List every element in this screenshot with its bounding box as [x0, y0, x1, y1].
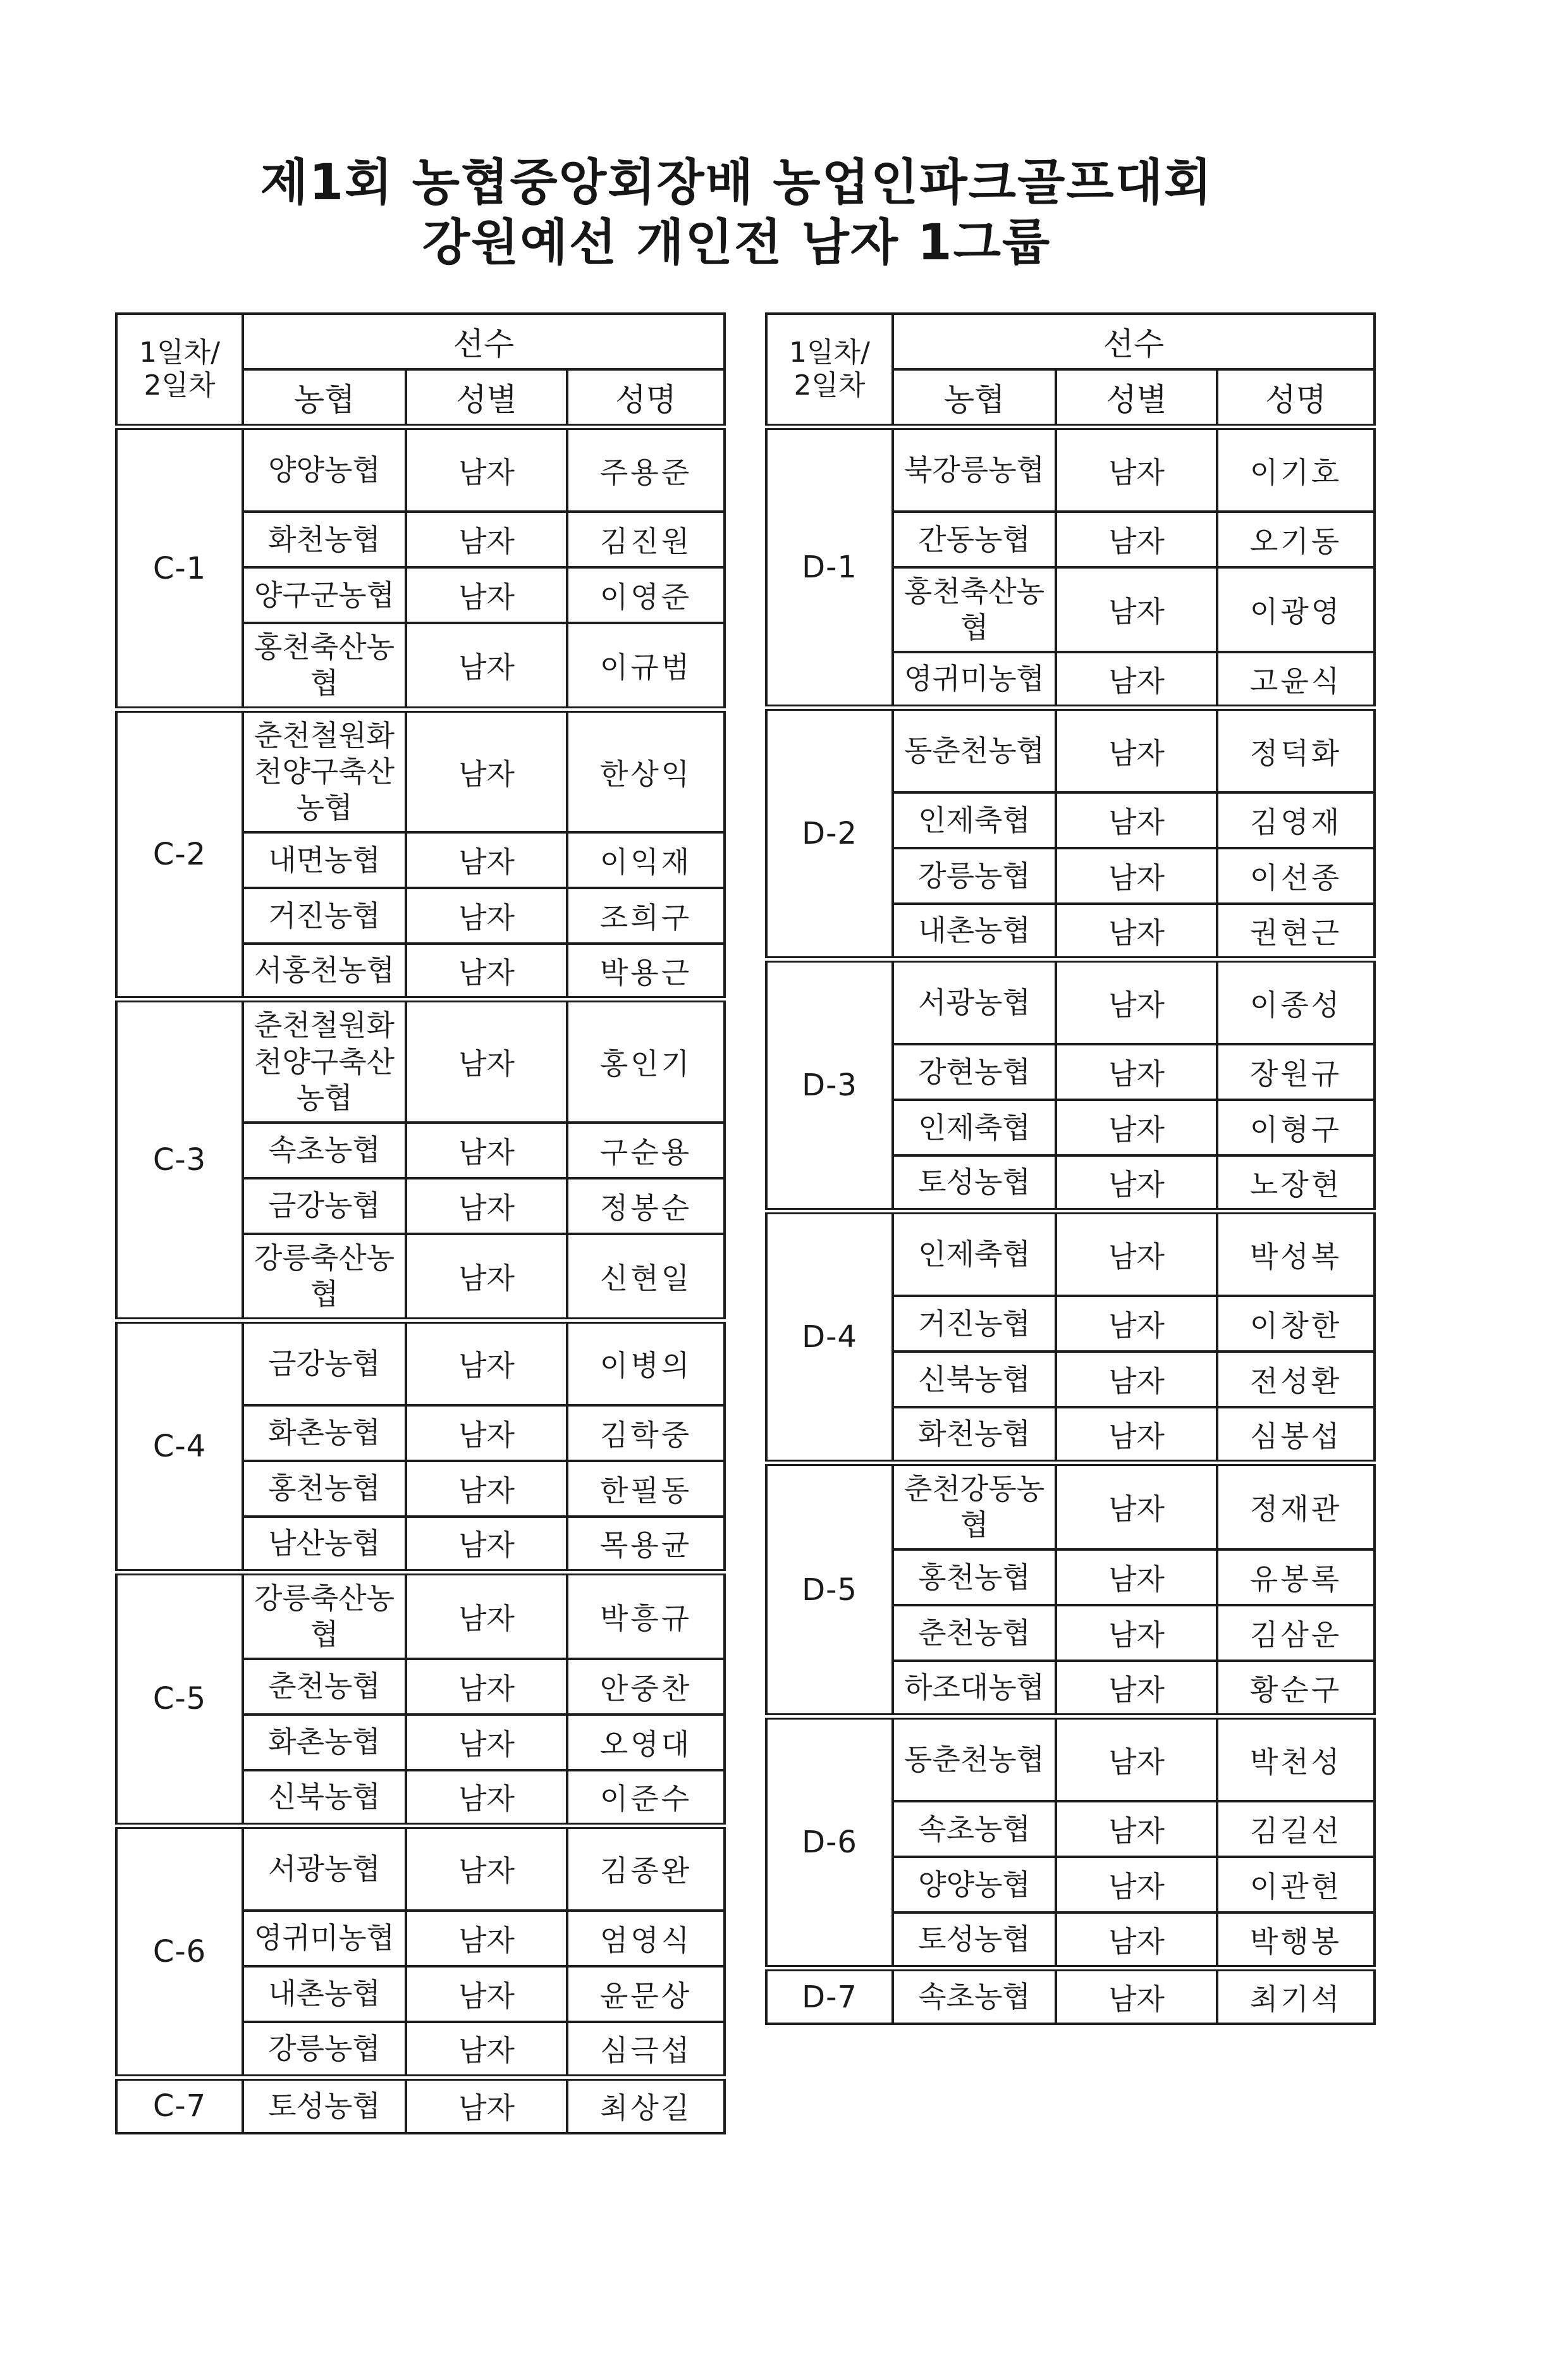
header-name-cell: 성명: [1217, 369, 1375, 427]
name-cell: 이규범: [567, 623, 725, 710]
name-cell: 한필동: [567, 1461, 725, 1517]
gender-cell: 남자: [406, 1715, 567, 1770]
gender-cell: 남자: [1056, 1044, 1217, 1100]
table-row: D-4인제축협남자박성복: [766, 1211, 1375, 1296]
header-day-cell: 1일차/ 2일차: [116, 314, 243, 427]
name-cell: 이선종: [1217, 848, 1375, 904]
table-row: C-4금강농협남자이병의: [116, 1321, 725, 1405]
coop-cell: 화천농협: [893, 1407, 1056, 1463]
name-cell: 엄영식: [567, 1911, 725, 1966]
gender-cell: 남자: [406, 1572, 567, 1659]
coop-cell: 강릉농협: [243, 2022, 406, 2078]
table-row: C-1양양농협남자주용준: [116, 427, 725, 512]
name-cell: 김학중: [567, 1405, 725, 1461]
name-cell: 안중찬: [567, 1659, 725, 1715]
header-gender-cell: 성별: [1056, 369, 1217, 427]
coop-cell: 거진농협: [243, 888, 406, 944]
header-coop-cell: 농협: [893, 369, 1056, 427]
table-row: C-6서광농협남자김종완: [116, 1826, 725, 1911]
gender-cell: 남자: [1056, 1155, 1217, 1211]
gender-cell: 남자: [1056, 848, 1217, 904]
name-cell: 오기동: [1217, 512, 1375, 567]
name-cell: 김길선: [1217, 1801, 1375, 1857]
table-row: D-2동춘천농협남자정덕화: [766, 708, 1375, 792]
name-cell: 이종성: [1217, 959, 1375, 1044]
name-cell: 목용균: [567, 1517, 725, 1572]
coop-cell: 춘천철원화천양구축산농협: [243, 999, 406, 1122]
roster-table-d: 1일차/ 2일차 선수 농협 성별 성명 D-1북강릉농협남자이기호간동농협남자…: [765, 312, 1376, 2025]
name-cell: 정봉순: [567, 1178, 725, 1234]
coop-cell: 토성농협: [893, 1912, 1056, 1968]
gender-cell: 남자: [406, 427, 567, 512]
gender-cell: 남자: [406, 710, 567, 832]
table-row: D-3서광농협남자이종성: [766, 959, 1375, 1044]
table-row: D-7속초농협남자최기석: [766, 1968, 1375, 2024]
roster-table-c-body: C-1양양농협남자주용준화천농협남자김진원양구군농협남자이영준홍천축산농협남자이…: [116, 427, 725, 2133]
group-label-cell: D-2: [766, 708, 893, 959]
name-cell: 최상길: [567, 2078, 725, 2133]
group-label-cell: C-3: [116, 999, 243, 1320]
name-cell: 박성복: [1217, 1211, 1375, 1296]
name-cell: 심극섭: [567, 2022, 725, 2078]
header-player-cell: 선수: [243, 314, 725, 369]
name-cell: 홍인기: [567, 999, 725, 1122]
name-cell: 박용근: [567, 944, 725, 999]
name-cell: 윤문상: [567, 1966, 725, 2022]
coop-cell: 금강농협: [243, 1178, 406, 1234]
coop-cell: 홍천축산농협: [243, 623, 406, 710]
gender-cell: 남자: [406, 1405, 567, 1461]
coop-cell: 홍천농협: [893, 1549, 1056, 1605]
name-cell: 구순용: [567, 1123, 725, 1178]
coop-cell: 홍천축산농협: [893, 567, 1056, 652]
gender-cell: 남자: [406, 1461, 567, 1517]
coop-cell: 토성농협: [893, 1155, 1056, 1211]
coop-cell: 신북농협: [243, 1770, 406, 1826]
gender-cell: 남자: [1056, 1968, 1217, 2024]
header-name-cell: 성명: [567, 369, 725, 427]
coop-cell: 화천농협: [243, 512, 406, 567]
table-row: C-2춘천철원화천양구축산농협남자한상익: [116, 710, 725, 832]
gender-cell: 남자: [1056, 1463, 1217, 1549]
header-day-line-1: 1일차/: [789, 336, 870, 369]
name-cell: 고윤식: [1217, 652, 1375, 708]
gender-cell: 남자: [1056, 1407, 1217, 1463]
roster-table-d-body: D-1북강릉농협남자이기호간동농협남자오기동홍천축산농협남자이광영영귀미농협남자…: [766, 427, 1375, 2024]
coop-cell: 춘천철원화천양구축산농협: [243, 710, 406, 832]
coop-cell: 춘천강동농협: [893, 1463, 1056, 1549]
coop-cell: 강현농협: [893, 1044, 1056, 1100]
gender-cell: 남자: [1056, 1549, 1217, 1605]
coop-cell: 내면농협: [243, 832, 406, 888]
roster-table-c: 1일차/ 2일차 선수 농협 성별 성명 C-1양양농협남자주용준화천농협남자김…: [115, 312, 726, 2134]
coop-cell: 간동농협: [893, 512, 1056, 567]
name-cell: 이준수: [567, 1770, 725, 1826]
gender-cell: 남자: [1056, 1661, 1217, 1716]
coop-cell: 영귀미농협: [893, 652, 1056, 708]
name-cell: 장원규: [1217, 1044, 1375, 1100]
group-label-cell: C-7: [116, 2078, 243, 2133]
name-cell: 황순구: [1217, 1661, 1375, 1716]
gender-cell: 남자: [1056, 904, 1217, 959]
name-cell: 박행봉: [1217, 1912, 1375, 1968]
gender-cell: 남자: [1056, 1801, 1217, 1857]
table-row: C-5강릉축산농협남자박흥규: [116, 1572, 725, 1659]
coop-cell: 양양농협: [893, 1857, 1056, 1912]
name-cell: 이관현: [1217, 1857, 1375, 1912]
coop-cell: 서광농협: [893, 959, 1056, 1044]
coop-cell: 남산농협: [243, 1517, 406, 1572]
coop-cell: 홍천농협: [243, 1461, 406, 1517]
name-cell: 노장현: [1217, 1155, 1375, 1211]
gender-cell: 남자: [406, 1517, 567, 1572]
gender-cell: 남자: [1056, 1716, 1217, 1801]
coop-cell: 동춘천농협: [893, 1716, 1056, 1801]
gender-cell: 남자: [406, 2078, 567, 2133]
coop-cell: 하조대농협: [893, 1661, 1056, 1716]
gender-cell: 남자: [1056, 1912, 1217, 1968]
name-cell: 김삼운: [1217, 1605, 1375, 1661]
group-label-cell: C-4: [116, 1321, 243, 1572]
name-cell: 한상익: [567, 710, 725, 832]
group-label-cell: C-2: [116, 710, 243, 999]
header-player-cell: 선수: [893, 314, 1375, 369]
gender-cell: 남자: [406, 1234, 567, 1321]
coop-cell: 동춘천농협: [893, 708, 1056, 792]
table-row: C-3춘천철원화천양구축산농협남자홍인기: [116, 999, 725, 1122]
coop-cell: 춘천농협: [893, 1605, 1056, 1661]
gender-cell: 남자: [1056, 1605, 1217, 1661]
header-day-cell: 1일차/ 2일차: [766, 314, 893, 427]
name-cell: 권현근: [1217, 904, 1375, 959]
coop-cell: 서홍천농협: [243, 944, 406, 999]
gender-cell: 남자: [1056, 1100, 1217, 1155]
name-cell: 정재관: [1217, 1463, 1375, 1549]
gender-cell: 남자: [1056, 792, 1217, 848]
gender-cell: 남자: [406, 2022, 567, 2078]
group-label-cell: D-1: [766, 427, 893, 708]
name-cell: 이병의: [567, 1321, 725, 1405]
coop-cell: 내촌농협: [243, 1966, 406, 2022]
coop-cell: 인제축협: [893, 1100, 1056, 1155]
coop-cell: 속초농협: [893, 1968, 1056, 2024]
table-row: D-5춘천강동농협남자정재관: [766, 1463, 1375, 1549]
gender-cell: 남자: [1056, 567, 1217, 652]
group-label-cell: D-6: [766, 1716, 893, 1968]
coop-cell: 강릉축산농협: [243, 1572, 406, 1659]
name-cell: 신현일: [567, 1234, 725, 1321]
name-cell: 조희구: [567, 888, 725, 944]
table-row: C-7토성농협남자최상길: [116, 2078, 725, 2133]
coop-cell: 내촌농협: [893, 904, 1056, 959]
header-gender-cell: 성별: [406, 369, 567, 427]
name-cell: 이창한: [1217, 1296, 1375, 1352]
name-cell: 정덕화: [1217, 708, 1375, 792]
gender-cell: 남자: [406, 832, 567, 888]
coop-cell: 양양농협: [243, 427, 406, 512]
coop-cell: 금강농협: [243, 1321, 406, 1405]
header-coop-cell: 농협: [243, 369, 406, 427]
table-row: D-6동춘천농협남자박천성: [766, 1716, 1375, 1801]
name-cell: 이광영: [1217, 567, 1375, 652]
coop-cell: 양구군농협: [243, 567, 406, 623]
group-label-cell: C-5: [116, 1572, 243, 1826]
page-title: 제1회 농협중앙회장배 농업인파크골프대회 강원예선 개인전 남자 1그룹: [0, 153, 1568, 273]
page-title-line-1: 제1회 농협중앙회장배 농업인파크골프대회: [0, 153, 1473, 213]
gender-cell: 남자: [1056, 1352, 1217, 1407]
gender-cell: 남자: [1056, 1857, 1217, 1912]
gender-cell: 남자: [406, 1123, 567, 1178]
gender-cell: 남자: [1056, 1296, 1217, 1352]
header-day-line-2: 2일차: [794, 369, 866, 402]
gender-cell: 남자: [406, 512, 567, 567]
gender-cell: 남자: [1056, 512, 1217, 567]
gender-cell: 남자: [406, 1966, 567, 2022]
name-cell: 전성환: [1217, 1352, 1375, 1407]
gender-cell: 남자: [1056, 652, 1217, 708]
group-label-cell: C-1: [116, 427, 243, 710]
gender-cell: 남자: [406, 1659, 567, 1715]
coop-cell: 서광농협: [243, 1826, 406, 1911]
gender-cell: 남자: [1056, 708, 1217, 792]
name-cell: 박흥규: [567, 1572, 725, 1659]
gender-cell: 남자: [406, 567, 567, 623]
coop-cell: 강릉축산농협: [243, 1234, 406, 1321]
group-label-cell: D-7: [766, 1968, 893, 2024]
header-day-line-1: 1일차/: [139, 336, 220, 369]
name-cell: 심봉섭: [1217, 1407, 1375, 1463]
gender-cell: 남자: [1056, 959, 1217, 1044]
name-cell: 유봉록: [1217, 1549, 1375, 1605]
coop-cell: 화촌농협: [243, 1715, 406, 1770]
name-cell: 이익재: [567, 832, 725, 888]
coop-cell: 인제축협: [893, 1211, 1056, 1296]
gender-cell: 남자: [406, 1321, 567, 1405]
gender-cell: 남자: [406, 1826, 567, 1911]
group-label-cell: C-6: [116, 1826, 243, 2078]
name-cell: 오영대: [567, 1715, 725, 1770]
page-title-line-2: 강원예선 개인전 남자 1그룹: [0, 213, 1473, 273]
gender-cell: 남자: [1056, 427, 1217, 512]
coop-cell: 속초농협: [243, 1123, 406, 1178]
name-cell: 박천성: [1217, 1716, 1375, 1801]
coop-cell: 거진농협: [893, 1296, 1056, 1352]
name-cell: 김진원: [567, 512, 725, 567]
coop-cell: 영귀미농협: [243, 1911, 406, 1966]
tables-container: 1일차/ 2일차 선수 농협 성별 성명 C-1양양농협남자주용준화천농협남자김…: [115, 312, 1568, 2134]
coop-cell: 북강릉농협: [893, 427, 1056, 512]
gender-cell: 남자: [406, 1911, 567, 1966]
group-label-cell: D-3: [766, 959, 893, 1211]
coop-cell: 신북농협: [893, 1352, 1056, 1407]
name-cell: 이기호: [1217, 427, 1375, 512]
header-day-line-2: 2일차: [144, 369, 215, 402]
coop-cell: 강릉농협: [893, 848, 1056, 904]
table-row: D-1북강릉농협남자이기호: [766, 427, 1375, 512]
coop-cell: 화촌농협: [243, 1405, 406, 1461]
coop-cell: 춘천농협: [243, 1659, 406, 1715]
gender-cell: 남자: [406, 1770, 567, 1826]
gender-cell: 남자: [406, 944, 567, 999]
gender-cell: 남자: [406, 623, 567, 710]
gender-cell: 남자: [406, 1178, 567, 1234]
gender-cell: 남자: [406, 888, 567, 944]
gender-cell: 남자: [1056, 1211, 1217, 1296]
name-cell: 김종완: [567, 1826, 725, 1911]
name-cell: 김영재: [1217, 792, 1375, 848]
coop-cell: 속초농협: [893, 1801, 1056, 1857]
name-cell: 주용준: [567, 427, 725, 512]
coop-cell: 인제축협: [893, 792, 1056, 848]
name-cell: 이영준: [567, 567, 725, 623]
group-label-cell: D-5: [766, 1463, 893, 1716]
gender-cell: 남자: [406, 999, 567, 1122]
name-cell: 이형구: [1217, 1100, 1375, 1155]
coop-cell: 토성농협: [243, 2078, 406, 2133]
name-cell: 최기석: [1217, 1968, 1375, 2024]
group-label-cell: D-4: [766, 1211, 893, 1463]
